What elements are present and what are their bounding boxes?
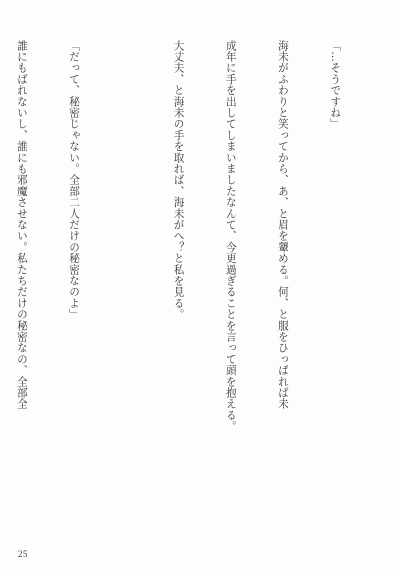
blank-line — [117, 40, 134, 310]
page-number: 25 — [18, 549, 28, 559]
narration-line: 海未がふわりと笑ってから、あ、と眉を顰める。何、と服をひっぱれば未 — [274, 40, 291, 310]
dialogue-line: 「だって、秘密じゃない。全部二人だけの秘密なのよ」 — [65, 40, 82, 310]
narration-line: 誰にもばれないし、誰にも邪魔させない。私たちだけの秘密なの、全部全 — [12, 40, 29, 310]
dialogue-line: 「…そうですね」 — [326, 40, 343, 310]
book-page: 「…そうですね」 海未がふわりと笑ってから、あ、と眉を顰める。何、と服をひっぱれ… — [0, 0, 400, 573]
vertical-text-body: 「…そうですね」 海未がふわりと笑ってから、あ、と眉を顰める。何、と服をひっぱれ… — [0, 40, 378, 310]
narration-line: 大丈夫、と海未の手を取れば、海未がへ？と私を見る。 — [169, 40, 186, 310]
narration-line: 成年に手を出してしまいましたなんて、今更過ぎることを言って頭を抱える。 — [221, 40, 238, 310]
